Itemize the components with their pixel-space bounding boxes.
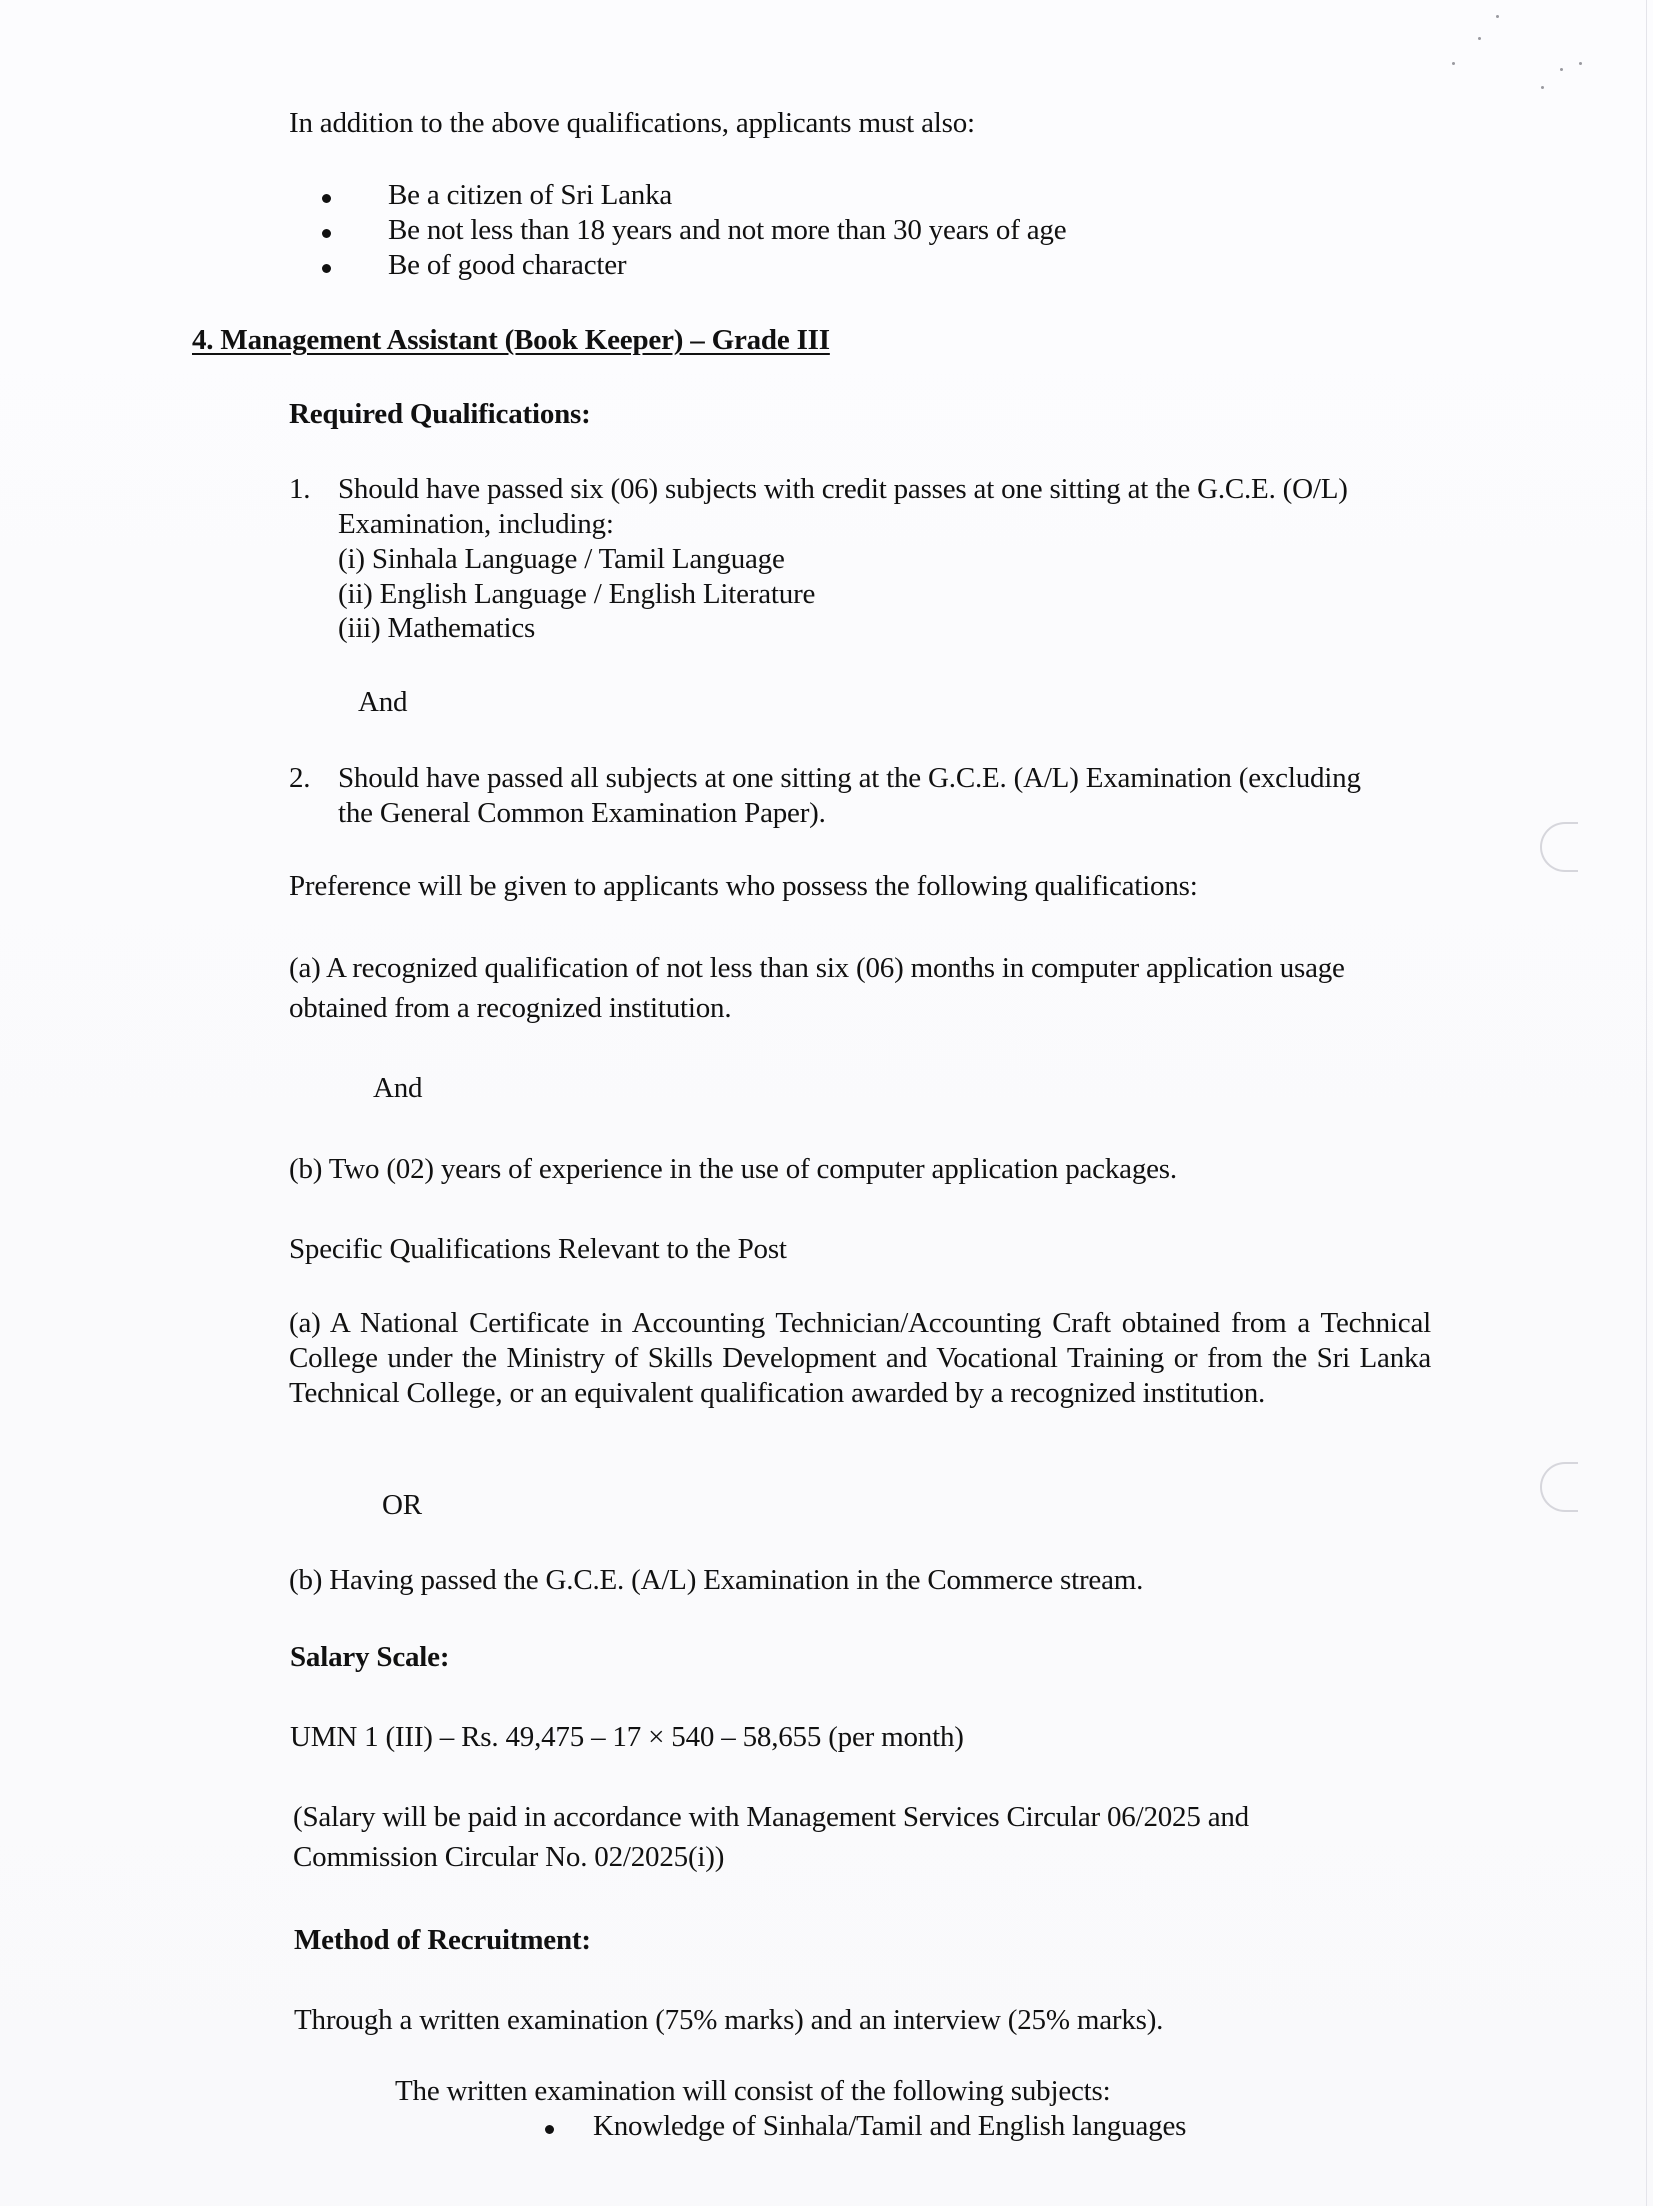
scan-speck [1579, 62, 1582, 65]
exam-subject-item: Knowledge of Sinhala/Tamil and English l… [593, 2109, 1186, 2144]
scan-edge-line [1646, 0, 1647, 2206]
item-number: 2. [289, 761, 310, 796]
item2-line: Should have passed all subjects at one s… [338, 761, 1361, 796]
requirement-item: Be not less than 18 years and not more t… [388, 213, 1066, 248]
intro-text: In addition to the above qualifications,… [289, 106, 975, 141]
item2-line: the General Common Examination Paper). [338, 796, 826, 831]
specific-qualifications-heading: Specific Qualifications Relevant to the … [289, 1232, 787, 1267]
bullet-icon [322, 264, 331, 273]
item1-subject: (iii) Mathematics [338, 611, 535, 646]
scan-speck [1496, 15, 1499, 18]
item1-subject: (ii) English Language / English Literatu… [338, 577, 815, 612]
or-connector: OR [382, 1488, 422, 1523]
preference-b: (b) Two (02) years of experience in the … [289, 1152, 1177, 1187]
item1-subject: (i) Sinhala Language / Tamil Language [338, 542, 785, 577]
exam-intro: The written examination will consist of … [395, 2074, 1111, 2109]
item1-line: Examination, including: [338, 507, 614, 542]
item1-line: Should have passed six (06) subjects wit… [338, 472, 1348, 507]
document-page: In addition to the above qualifications,… [0, 0, 1653, 2206]
and-connector: And [373, 1071, 422, 1106]
requirement-item: Be of good character [388, 248, 626, 283]
scan-speck [1478, 37, 1481, 40]
punch-hole-mark [1540, 822, 1578, 872]
scan-speck [1452, 62, 1455, 65]
preference-a-line: (a) A recognized qualification of not le… [289, 951, 1345, 986]
specific-qualification-b: (b) Having passed the G.C.E. (A/L) Exami… [289, 1563, 1143, 1598]
method-text: Through a written examination (75% marks… [294, 2003, 1163, 2038]
preference-a-line: obtained from a recognized institution. [289, 991, 731, 1026]
item-number: 1. [289, 472, 310, 507]
bullet-icon [322, 229, 331, 238]
bullet-icon [322, 194, 331, 203]
punch-hole-mark [1540, 1462, 1578, 1512]
scan-speck [1560, 68, 1563, 71]
salary-note-line: Commission Circular No. 02/2025(i)) [293, 1840, 724, 1875]
and-connector: And [358, 685, 407, 720]
preference-intro: Preference will be given to applicants w… [289, 869, 1198, 904]
salary-scale-heading: Salary Scale: [290, 1640, 449, 1675]
salary-scale-value: UMN 1 (III) – Rs. 49,475 – 17 × 540 – 58… [290, 1720, 964, 1755]
scan-speck [1541, 86, 1544, 89]
required-qualifications-heading: Required Qualifications: [289, 397, 591, 432]
salary-note-line: (Salary will be paid in accordance with … [293, 1800, 1249, 1835]
bullet-icon [545, 2125, 554, 2134]
method-of-recruitment-heading: Method of Recruitment: [294, 1923, 591, 1958]
requirement-item: Be a citizen of Sri Lanka [388, 178, 672, 213]
section-title: 4. Management Assistant (Book Keeper) – … [192, 323, 830, 358]
specific-qualification-a: (a) A National Certificate in Accounting… [289, 1306, 1431, 1411]
